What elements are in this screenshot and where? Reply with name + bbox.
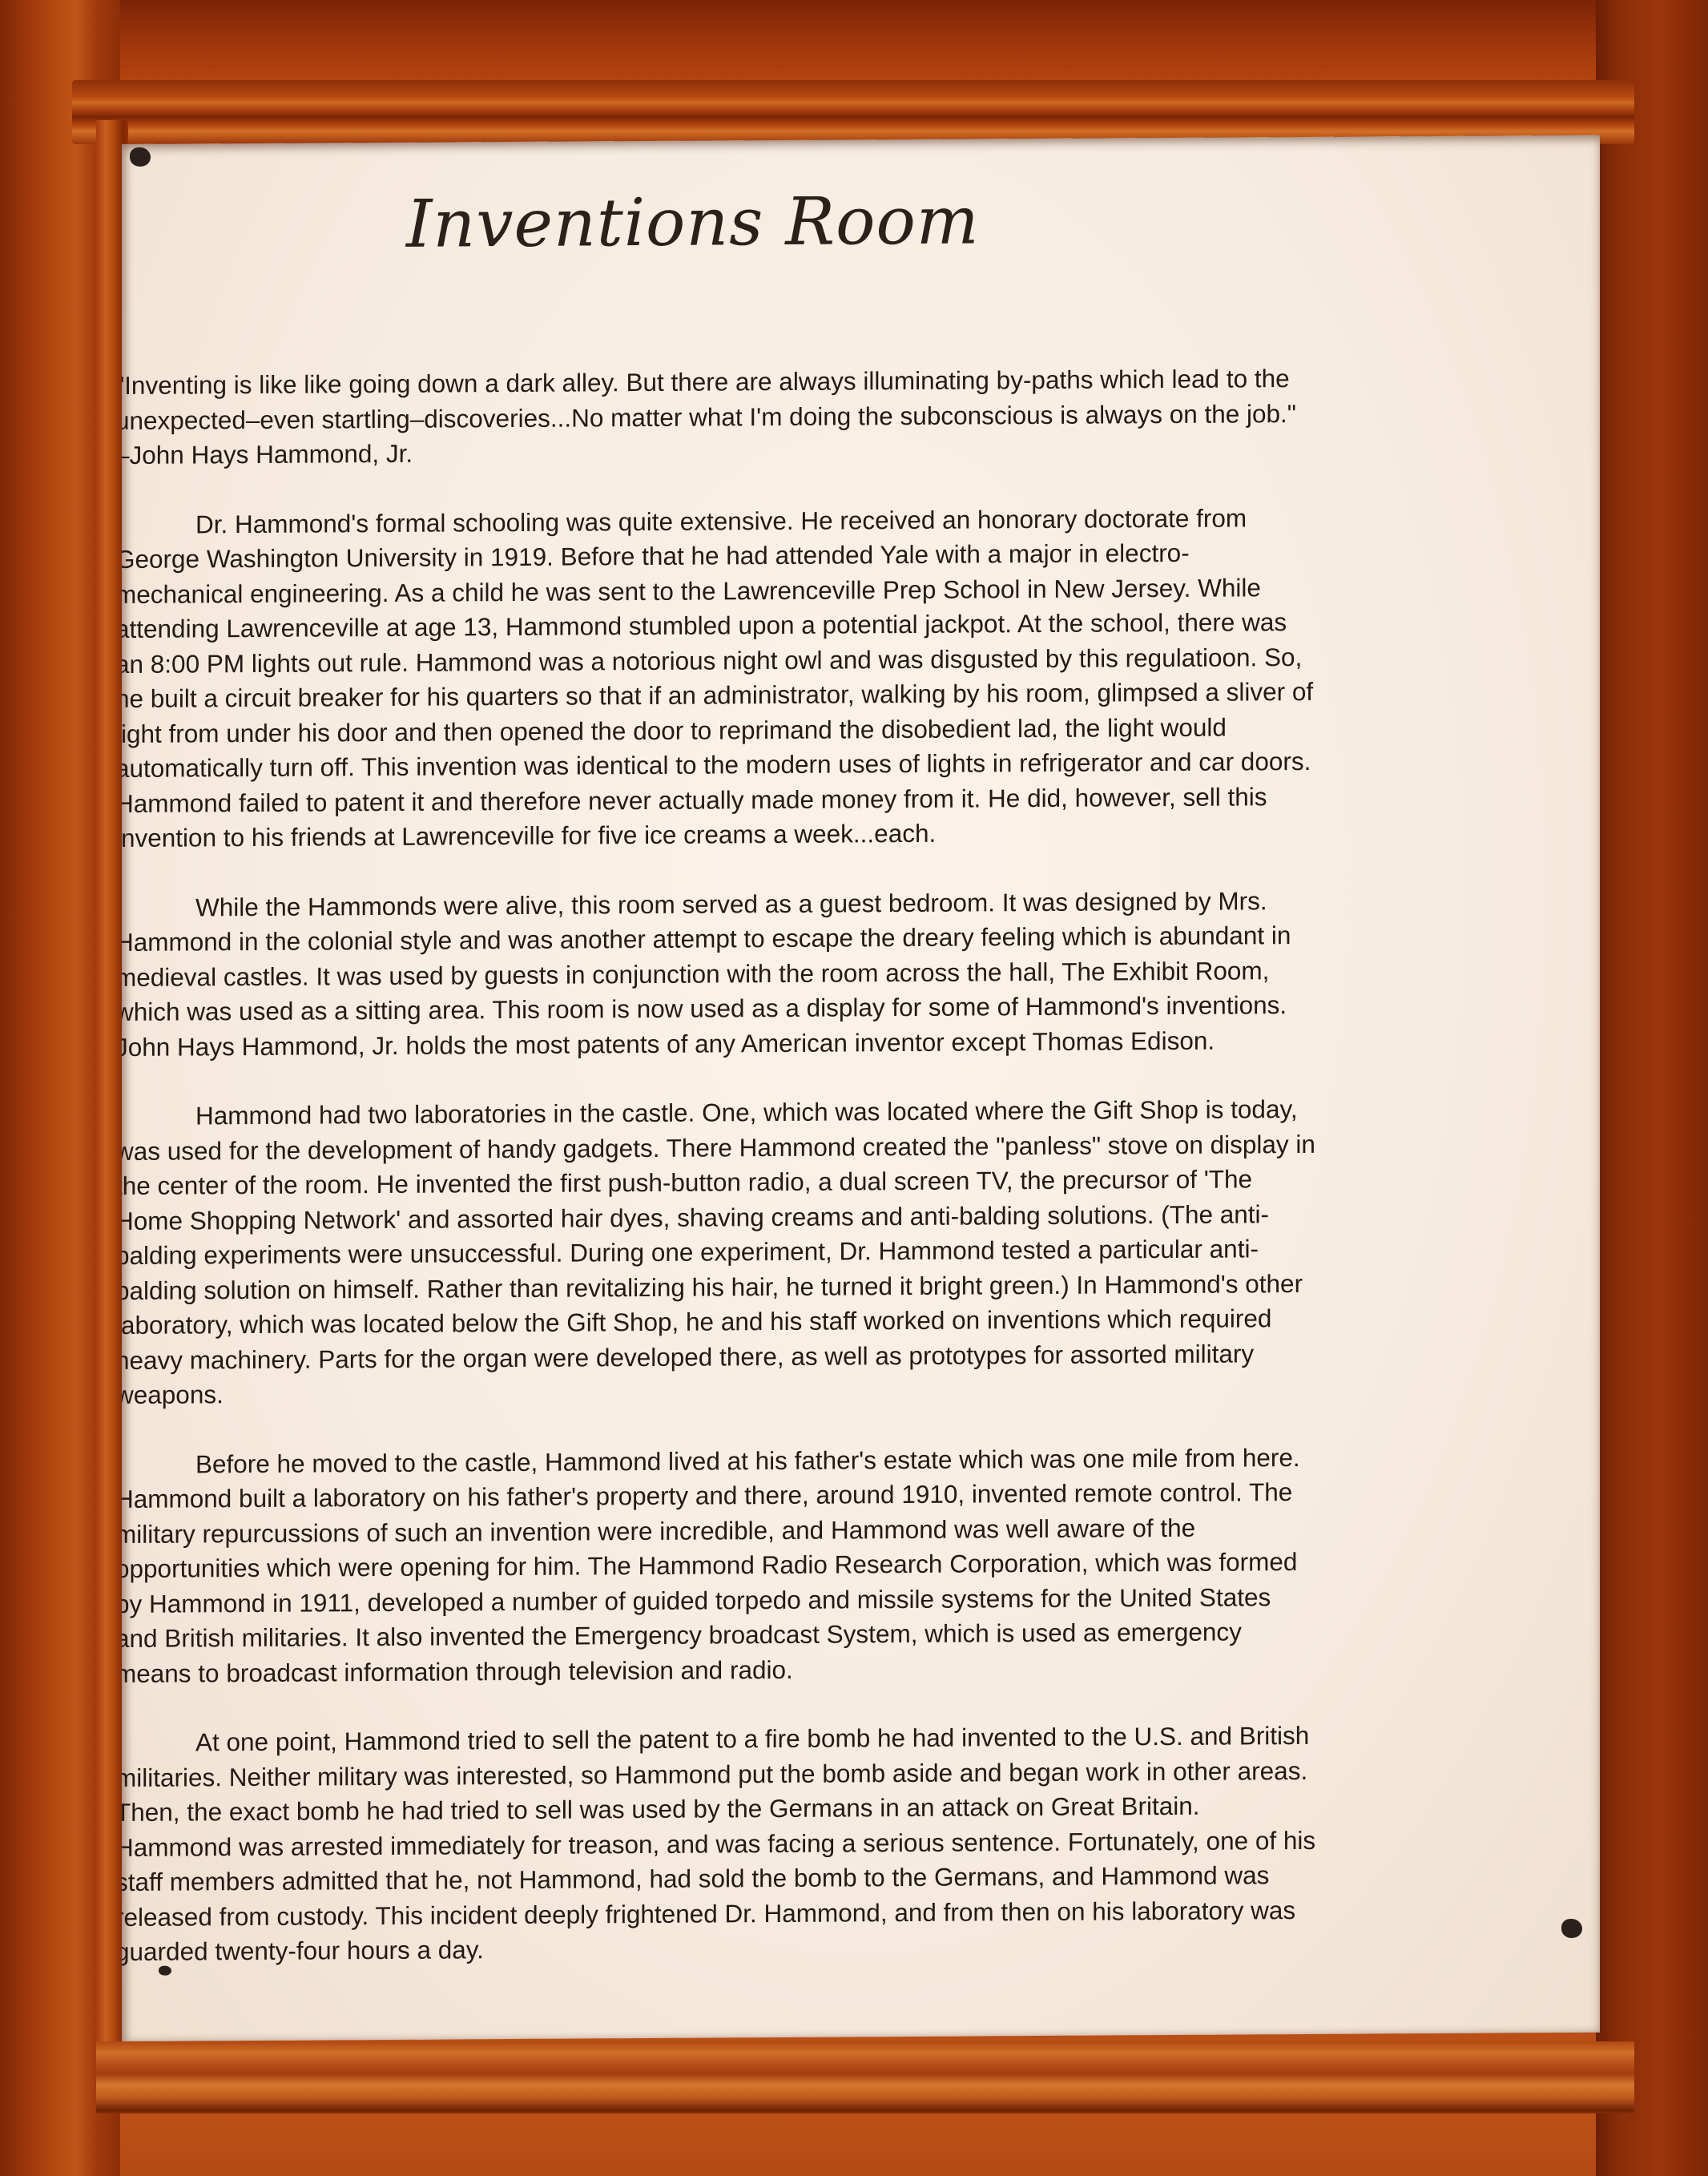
paragraph: Before he moved to the castle, Hammond l… — [122, 1438, 1600, 1691]
placard-body: "Inventing is like like going down a dar… — [122, 360, 1600, 2005]
paragraph: While the Hammonds were alive, this room… — [122, 881, 1600, 1065]
paragraphs: Dr. Hammond's formal schooling was quite… — [122, 498, 1600, 1969]
frame-top-molding — [72, 80, 1634, 144]
pin-icon — [130, 147, 151, 167]
paragraph: At one point, Hammond tried to sell the … — [122, 1717, 1600, 1970]
placard-title: Inventions Room — [406, 183, 980, 262]
framed-placard: Inventions Room "Inventing is like like … — [122, 135, 1600, 2041]
paragraph: Dr. Hammond's formal schooling was quite… — [122, 498, 1600, 856]
paragraph: Hammond had two laboratories in the cast… — [122, 1090, 1600, 1413]
quote: "Inventing is like like going down a dar… — [122, 360, 1600, 438]
frame-right-rail — [1596, 0, 1708, 2176]
frame-bottom-molding — [96, 2041, 1634, 2114]
